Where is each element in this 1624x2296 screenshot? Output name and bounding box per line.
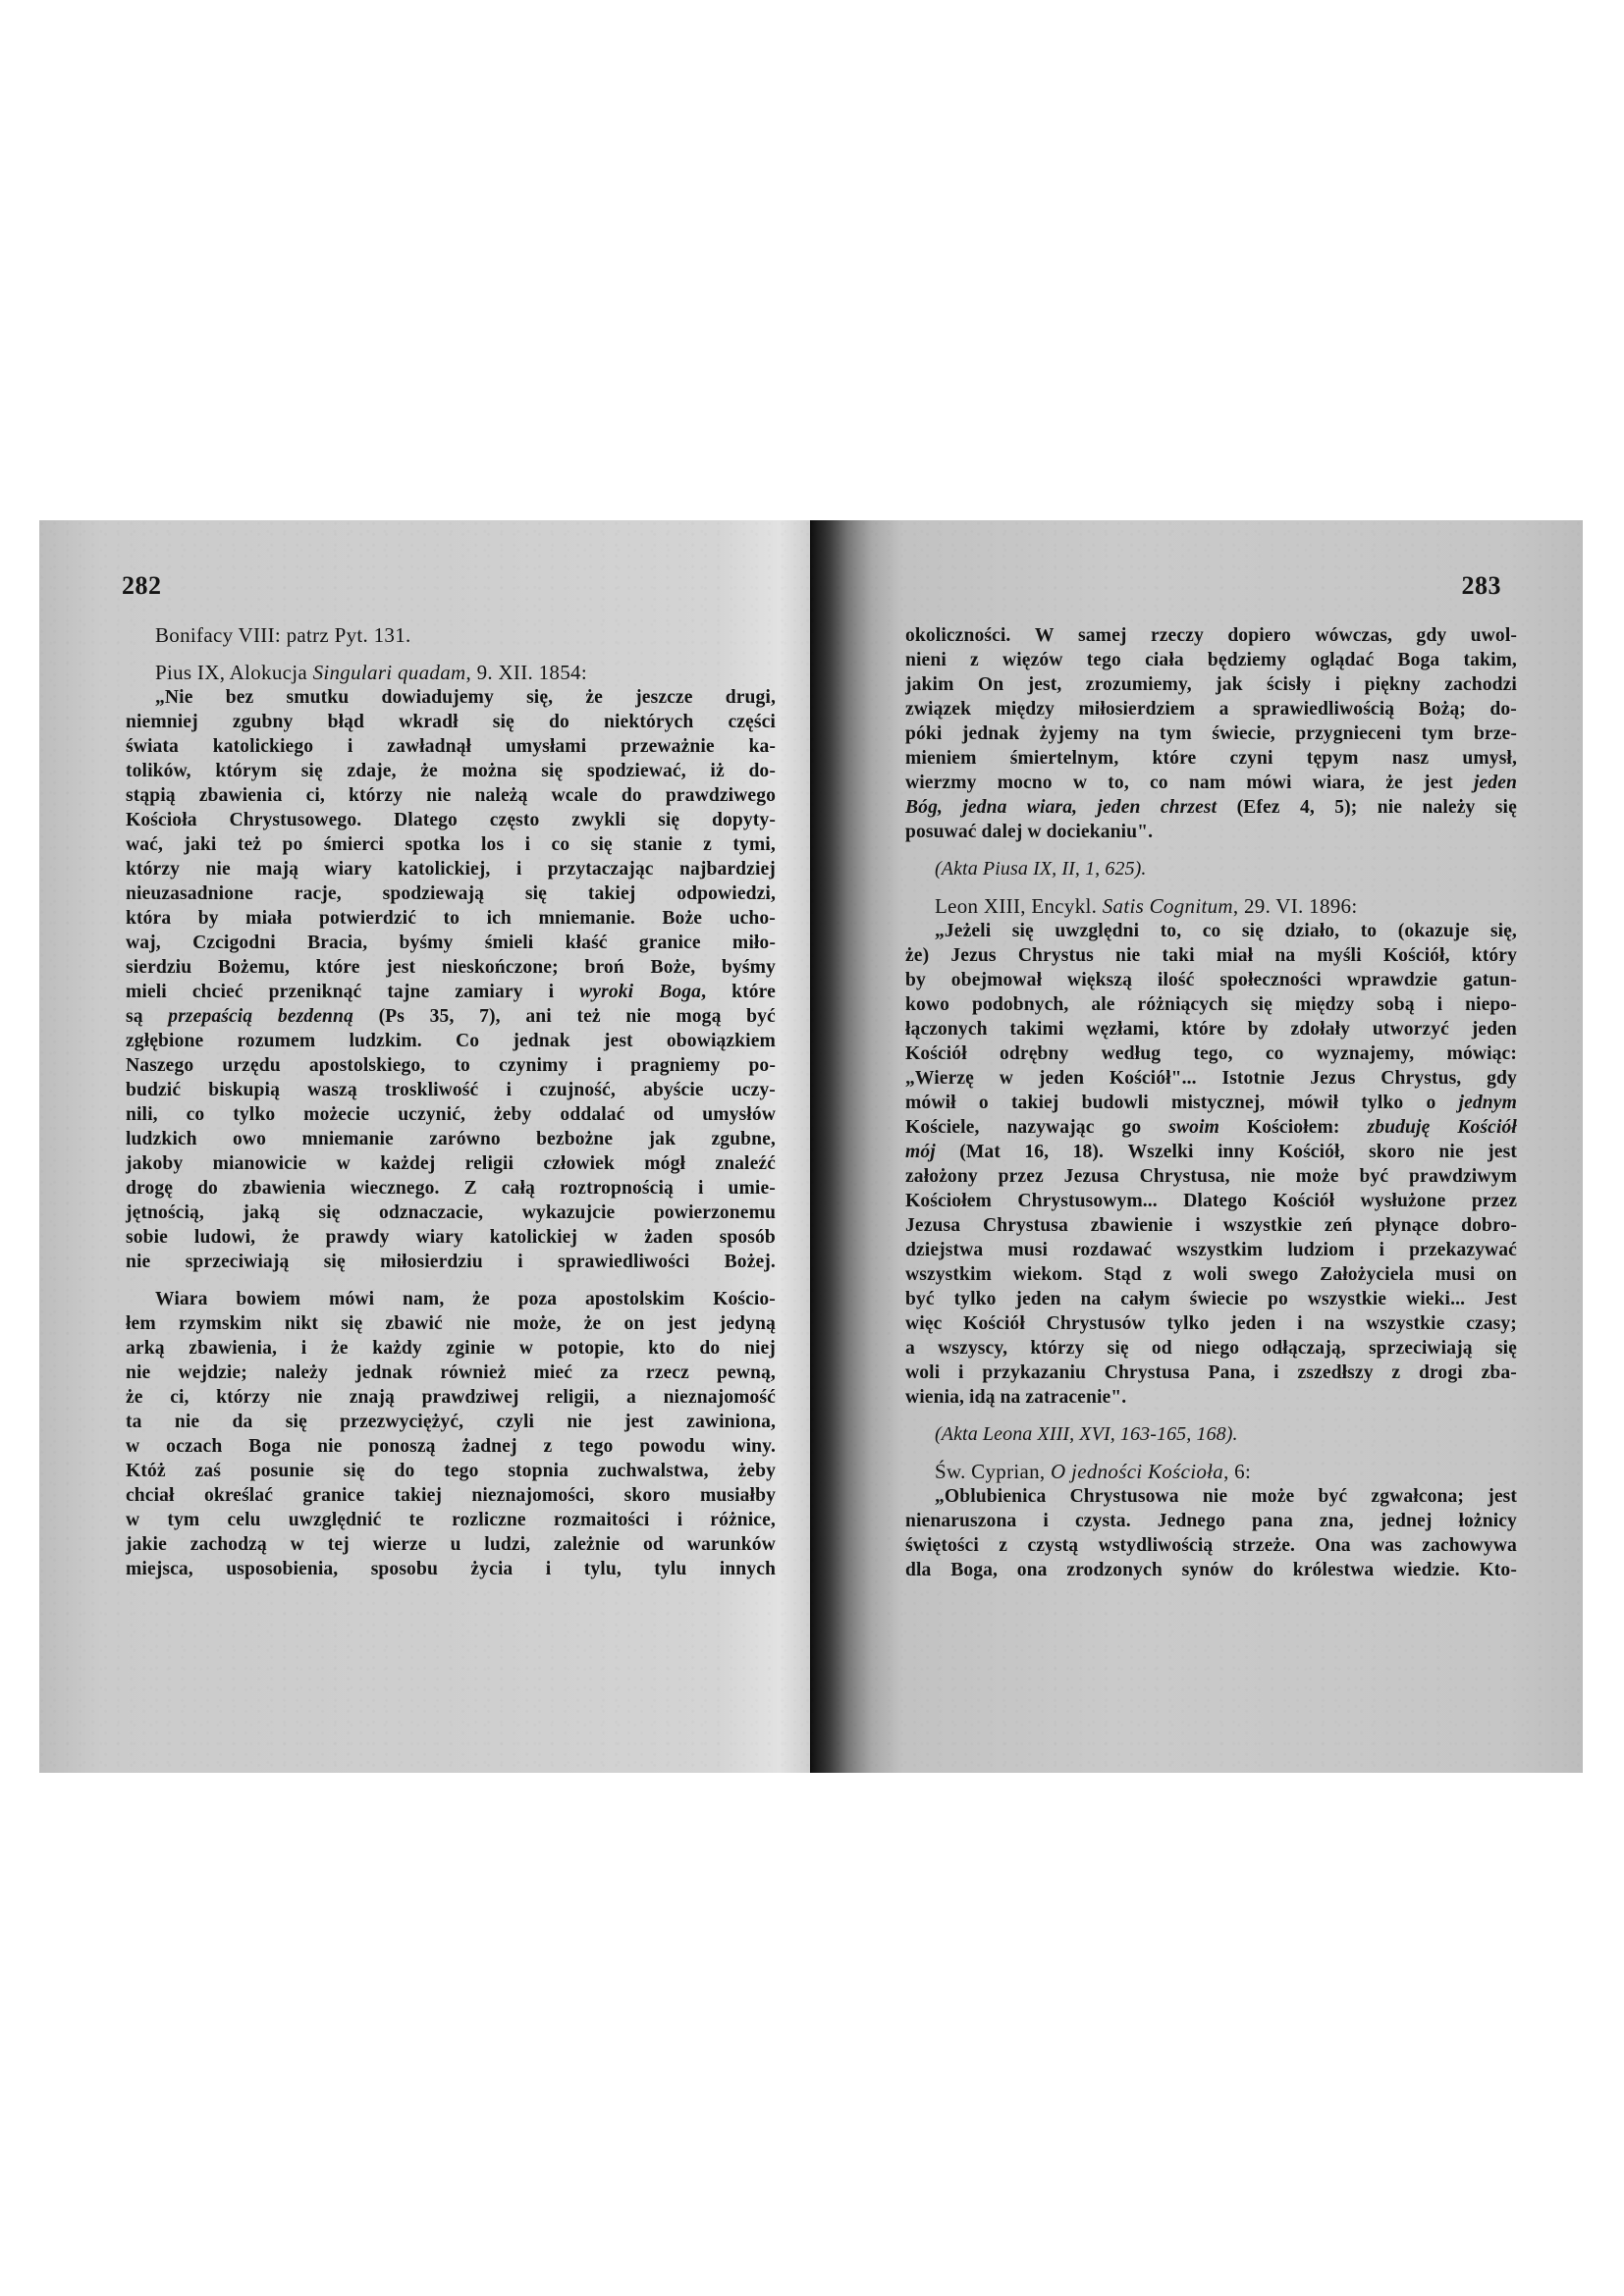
text-line: byobejmowałwiększąilośćspołecznościwpraw… [905, 968, 1517, 992]
left-page-text: Bonifacy VIII: patrz Pyt. 131.Pius IX, A… [126, 623, 776, 1581]
text-line: założonyprzezJezusaChrystusa,niemożebyćp… [905, 1164, 1517, 1189]
text-line: awszyscy,którzysięodniegoodłączają,sprze… [905, 1336, 1517, 1361]
left-page: 282 Bonifacy VIII: patrz Pyt. 131.Pius I… [39, 520, 810, 1773]
text-line: dlaBoga,onazrodzonychsynówdokrólestwawie… [905, 1558, 1517, 1582]
text-line: jakiezachodząwtejwierzeuludzi,zależnieod… [126, 1532, 776, 1557]
text-line: sierdziuBożemu,którejestnieskończone;bro… [126, 955, 776, 980]
source-reference: (Akta Piusa IX, II, 1, 625). [905, 857, 1517, 881]
text-line: mielichciećprzeniknąćtajnezamiaryiwyroki… [126, 980, 776, 1004]
text-line: wać,jakiteżpośmiercispotkalosicosięstani… [126, 832, 776, 857]
text-line: mój(Mat16,18).WszelkiinnyKościół,skoroni… [905, 1140, 1517, 1164]
text-line: chciałokreślaćgranicetakiejnieznajomości… [126, 1483, 776, 1508]
text-line: sąprzepaściąbezdenną(Ps35,7),aniteżniemo… [126, 1004, 776, 1029]
text-line: ludzkichowomniemaniezarównobezbożnejakzg… [126, 1127, 776, 1151]
text-line: że)JezusChrystusnietakimiałnamyśliKośció… [905, 943, 1517, 968]
text-line: KościołaChrystusowego.Dlategoczęstozwykl… [126, 808, 776, 832]
text-line: wienia, idą na zatracenie". [905, 1385, 1517, 1410]
text-line: nienaruszonaiczysta.Jednegopanazna,jedne… [905, 1509, 1517, 1533]
text-line: arkązbawienia,iżekażdyzginiewpotopie,kto… [126, 1336, 776, 1361]
text-line: żeci,którzynieznająprawdziwejreligii,ani… [126, 1385, 776, 1410]
book-spread: 282 Bonifacy VIII: patrz Pyt. 131.Pius I… [39, 520, 1583, 1773]
text-line: którabymiałapotwierdzićtoichmniemanie.Bo… [126, 906, 776, 931]
text-line: światakatolickiegoizawładnąłumysłamiprze… [126, 734, 776, 759]
right-page: 283 okoliczności.Wsamejrzeczydopierowówc… [810, 520, 1583, 1773]
text-line: więcKościółChrystusówtylkojedeninawszyst… [905, 1311, 1517, 1336]
text-line: kowopodobnych,aleróżniącychsięmiędzysobą… [905, 992, 1517, 1017]
citation-heading: Leon XIII, Encykl. Satis Cognitum, 29. V… [905, 894, 1517, 919]
text-line: świętościzczystąwstydliwościąstrzeże.Ona… [905, 1533, 1517, 1558]
citation-heading: Bonifacy VIII: patrz Pyt. 131. [126, 623, 776, 648]
text-line: łączonychtakimiwęzłami,którebyzdołałyutw… [905, 1017, 1517, 1041]
text-line: okoliczności.Wsamejrzeczydopierowówczas,… [905, 623, 1517, 648]
text-line: waj,CzcigodniBracia,byśmyśmielikłaśćgran… [126, 931, 776, 955]
text-line: „Niebezsmutkudowiadujemysię,żejeszczedru… [126, 685, 776, 710]
text-line: nili,cotylkomożecieuczynić,żebyoddalaćod… [126, 1102, 776, 1127]
text-line: niewejdzie;należyjednakrównieżmiećzarzec… [126, 1361, 776, 1385]
citation-heading: Pius IX, Alokucja Singulari quadam, 9. X… [126, 661, 776, 685]
text-line: stąpiązbawieniaci,którzynienależąwcaledo… [126, 783, 776, 808]
text-line: niemniejzgubnybłądwkradłsiędoniektórychc… [126, 710, 776, 734]
text-line: którzyniemająwiarykatolickiej,iprzytacza… [126, 857, 776, 881]
text-line: jakimOnjest,zrozumiemy,jakścisłyipięknyz… [905, 672, 1517, 697]
text-line: byćtylkojedennacałymświeciepowszystkiewi… [905, 1287, 1517, 1311]
text-line: Kościele,nazywającgoswoimKościołem:zbudu… [905, 1115, 1517, 1140]
text-line: woliiprzykazaniuChrystusaPana,izszedłszy… [905, 1361, 1517, 1385]
text-line: Któżzaśposuniesiędotegostopniazuchwalstw… [126, 1459, 776, 1483]
text-line: JezusaChrystusazbawienieiwszystkiezeńpły… [905, 1213, 1517, 1238]
text-line: związekmiędzymiłosierdziemasprawiedliwoś… [905, 697, 1517, 721]
text-line: wszystkimwiekom.StądzwoliswegoZałożyciel… [905, 1262, 1517, 1287]
page-number-left: 282 [122, 571, 162, 601]
citation-heading: Św. Cyprian, O jedności Kościoła, 6: [905, 1460, 1517, 1484]
text-line: mówiłotakiejbudowlimistycznej,mówiłtylko… [905, 1091, 1517, 1115]
text-line: „WierzęwjedenKościół"...IstotnieJezusChr… [905, 1066, 1517, 1091]
source-reference: (Akta Leona XIII, XVI, 163-165, 168). [905, 1422, 1517, 1447]
text-line: niesprzeciwiająsięmiłosierdziuisprawiedl… [126, 1250, 776, 1274]
text-line: pókijednakżyjemynatymświecie,przygniecen… [905, 721, 1517, 746]
text-line: woczachBoganieponoszążadnejztegopowoduwi… [126, 1434, 776, 1459]
text-line: Naszegourzęduapostolskiego,toczynimyipra… [126, 1053, 776, 1078]
text-line: wtymceluuwzględnićterozlicznerozmaitości… [126, 1508, 776, 1532]
text-line: posuwać dalej w dociekaniu". [905, 820, 1517, 844]
text-line: Bóg,jednawiara,jedenchrzest(Efez4,5);nie… [905, 795, 1517, 820]
text-line: KościołemChrystusowym...DlategoKościółwy… [905, 1189, 1517, 1213]
text-line: drogędozbawieniawiecznego.Zcałąroztropno… [126, 1176, 776, 1201]
text-line: Kościółodrębnywedługtego,cowyznajemy,mów… [905, 1041, 1517, 1066]
text-line: budzićbiskupiąwaszątroskliwośćiczujność,… [126, 1078, 776, 1102]
text-line: mieniemśmiertelnym,któreczynitępymnaszum… [905, 746, 1517, 771]
text-line: miejsca,usposobienia,sposobużyciaitylu,t… [126, 1557, 776, 1581]
text-line: „OblubienicaChrystusowaniemożebyćzgwałco… [905, 1484, 1517, 1509]
text-line: jętnością,jakąsięodznaczacie,wykazujciep… [126, 1201, 776, 1225]
text-line: łemrzymskimniktsięzbawićniemoże,żeonjest… [126, 1311, 776, 1336]
text-line: zgłębionerozumemludzkim.Cojednakjestobow… [126, 1029, 776, 1053]
text-line: Wiarabowiemmówinam,żepozaapostolskimKośc… [126, 1287, 776, 1311]
text-line: nienizwięzówtegociałabędziemyoglądaćBoga… [905, 648, 1517, 672]
text-line: tolików,którymsięzdaje,żemożnasięspodzie… [126, 759, 776, 783]
text-line: dziejstwamusirozdawaćwszystkimludziomipr… [905, 1238, 1517, 1262]
text-line: jakobymianowiciewkażdejreligiiczłowiekmó… [126, 1151, 776, 1176]
text-line: „Jeżelisięuwzględnito,cosiędziało,to(oka… [905, 919, 1517, 943]
text-line: wierzmymocnowto,conammówiwiara,żejestjed… [905, 771, 1517, 795]
text-line: taniedasięprzezwyciężyć,czyliniejestzawi… [126, 1410, 776, 1434]
page-number-right: 283 [1462, 571, 1502, 601]
text-line: sobieludowi,żeprawdywiarykatolickiejwżad… [126, 1225, 776, 1250]
text-line: nieuzasadnioneracje,spodziewająsiętakiej… [126, 881, 776, 906]
right-page-text: okoliczności.Wsamejrzeczydopierowówczas,… [905, 623, 1517, 1582]
